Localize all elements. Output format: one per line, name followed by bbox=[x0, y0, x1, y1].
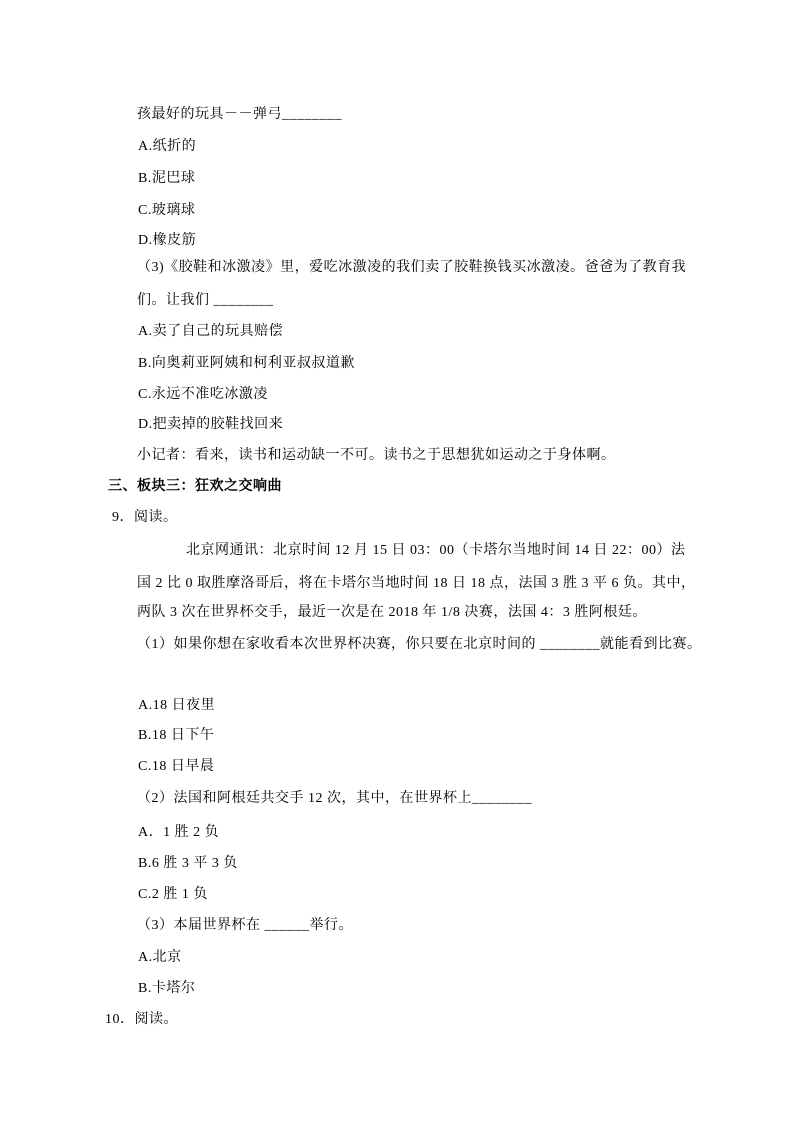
option: C.永远不准吃冰激凌 bbox=[138, 387, 268, 403]
option: A.18 日夜里 bbox=[138, 698, 215, 714]
passage-line: 两队 3 次在世界杯交手，最近一次是在 2018 年 1/8 决赛，法国 4：3… bbox=[137, 605, 647, 621]
document-page: 孩最好的玩具－－弹弓________A.纸折的B.泥巴球C.玻璃球D.橡皮筋（3… bbox=[0, 0, 794, 1123]
option: C.2 胜 1 负 bbox=[138, 887, 208, 903]
dialog-line: 小记者：看来，读书和运动缺一不可。读书之于思想犹如运动之于身体啊。 bbox=[137, 448, 616, 464]
option: A.卖了自己的玩具赔偿 bbox=[138, 324, 283, 340]
section-heading: 三、板块三：狂欢之交响曲 bbox=[108, 479, 282, 495]
question-stem: 们。让我们 ________ bbox=[137, 293, 274, 309]
option: C.玻璃球 bbox=[138, 203, 195, 219]
passage-line: 国 2 比 0 取胜摩洛哥后，将在卡塔尔当地时间 18 日 18 点，法国 3 … bbox=[137, 576, 696, 592]
option: C.18 日早晨 bbox=[138, 759, 214, 775]
option: B.泥巴球 bbox=[138, 171, 195, 187]
question-stem: （3)《胶鞋和冰激凌》里，爱吃冰激凌的我们卖了胶鞋换钱买冰激凌。爸爸为了教育我 bbox=[137, 260, 686, 276]
option: A．1 胜 2 负 bbox=[138, 825, 219, 841]
option: B.卡塔尔 bbox=[138, 981, 195, 997]
question-number: 9．阅读。 bbox=[112, 510, 178, 526]
option: D.橡皮筋 bbox=[138, 233, 196, 249]
passage-line: 北京网通讯：北京时间 12 月 15 日 03：00（卡塔尔当地时间 14 日 … bbox=[186, 543, 686, 559]
option: A.北京 bbox=[138, 950, 182, 966]
question-stem: 孩最好的玩具－－弹弓________ bbox=[137, 107, 342, 123]
sub-question: （3）本届世界杯在 ______举行。 bbox=[137, 918, 353, 934]
option: A.纸折的 bbox=[138, 139, 196, 155]
option: D.把卖掉的胶鞋找回来 bbox=[138, 417, 283, 433]
option: B.6 胜 3 平 3 负 bbox=[138, 856, 238, 872]
question-number: 10．阅读。 bbox=[105, 1012, 178, 1028]
option: B.18 日下午 bbox=[138, 728, 214, 744]
sub-question: （1）如果你想在家收看本次世界杯决赛，你只要在北京时间的 ________就能看… bbox=[137, 637, 702, 653]
option: B.向奥莉亚阿姨和柯利亚叔叔道歉 bbox=[138, 356, 355, 372]
sub-question: （2）法国和阿根廷共交手 12 次，其中，在世界杯上________ bbox=[137, 791, 532, 807]
